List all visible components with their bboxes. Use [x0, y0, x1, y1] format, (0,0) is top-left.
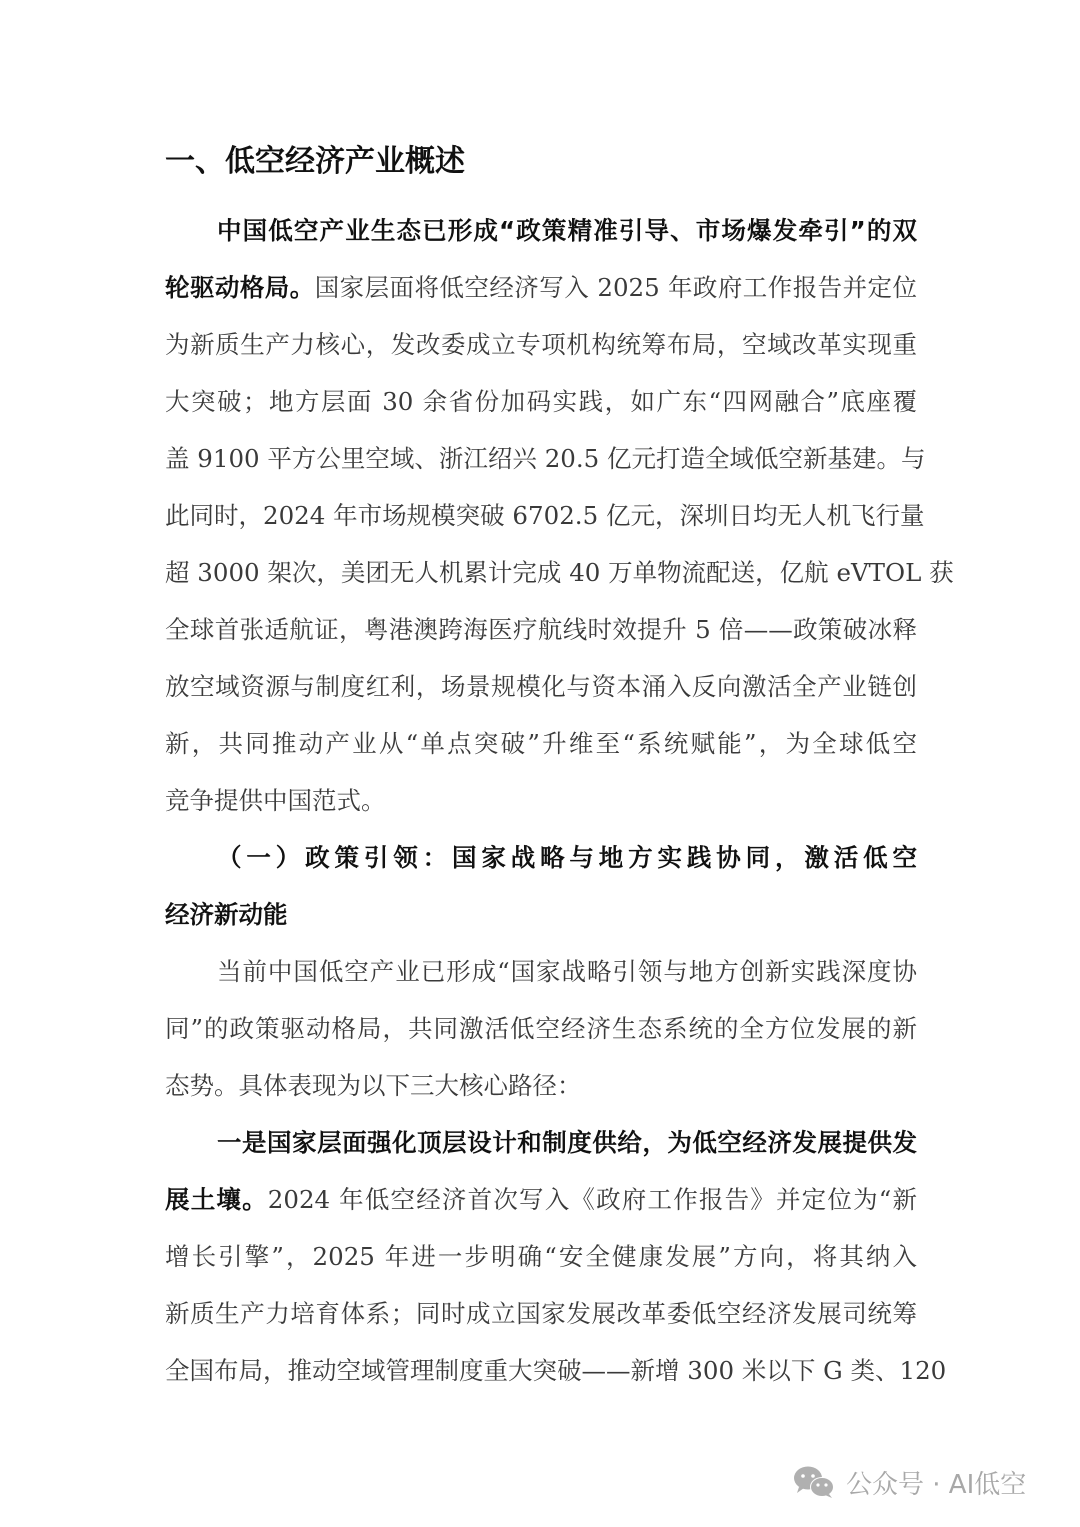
- bold-text: 轮驱动格局。: [165, 273, 315, 302]
- bold-text: 一是国家层面强化顶层设计和制度供给，为低空经济发展提供发: [217, 1128, 917, 1157]
- text-line: 竞争提供中国范式。: [165, 772, 917, 829]
- text-line: 放空域资源与制度红利，场景规模化与资本涌入反向激活全产业链创: [165, 658, 917, 715]
- text-line: 同”的政策驱动格局，共同激活低空经济生态系统的全方位发展的新: [165, 1000, 917, 1057]
- body-text: 新质生产力培育体系；同时成立国家发展改革委低空经济发展司统筹: [165, 1299, 917, 1328]
- document-content: 一、低空经济产业概述 中国低空产业生态已形成“政策精准引导、市场爆发牵引”的双 …: [165, 136, 917, 1399]
- text-line: 态势。具体表现为以下三大核心路径：: [165, 1057, 917, 1114]
- text-line: 全球首张适航证，粤港澳跨海医疗航线时效提升 5 倍——政策破冰释: [165, 601, 917, 658]
- text-line: 全国布局，推动空域管理制度重大突破——新增 300 米以下 G 类、120: [165, 1342, 917, 1399]
- bold-text: 中国低空产业生态已形成“政策精准引导、市场爆发牵引”的双: [217, 216, 917, 245]
- body-text: 盖 9100 平方公里空域、浙江绍兴 20.5 亿元打造全域低空新基建。与: [165, 444, 926, 473]
- body-text: 此同时，2024 年市场规模突破 6702.5 亿元，深圳日均无人机飞行量: [165, 501, 924, 530]
- bold-text: 展土壤。: [165, 1185, 268, 1214]
- text-line: 当前中国低空产业已形成“国家战略引领与地方创新实践深度协: [165, 943, 917, 1000]
- text-line: 一是国家层面强化顶层设计和制度供给，为低空经济发展提供发: [165, 1114, 917, 1171]
- text-line: 盖 9100 平方公里空域、浙江绍兴 20.5 亿元打造全域低空新基建。与: [165, 430, 917, 487]
- body-text: 全球首张适航证，粤港澳跨海医疗航线时效提升 5 倍——政策破冰释: [165, 615, 917, 644]
- wechat-watermark: 公众号 · AI低空: [792, 1462, 1026, 1502]
- text-line: 超 3000 架次，美团无人机累计完成 40 万单物流配送，亿航 eVTOL 获: [165, 544, 917, 601]
- subheading-line: （一）政策引领：国家战略与地方实践协同，激活低空: [165, 829, 917, 886]
- text-line: 增长引擎”，2025 年进一步明确“安全健康发展”方向，将其纳入: [165, 1228, 917, 1285]
- subheading-line: 经济新动能: [165, 886, 917, 943]
- text-line: 此同时，2024 年市场规模突破 6702.5 亿元，深圳日均无人机飞行量: [165, 487, 917, 544]
- text-line: 大突破；地方层面 30 余省份加码实践，如广东“四网融合”底座覆: [165, 373, 917, 430]
- paragraph-national-level: 一是国家层面强化顶层设计和制度供给，为低空经济发展提供发 展土壤。2024 年低…: [165, 1114, 917, 1399]
- subheading-policy: （一）政策引领：国家战略与地方实践协同，激活低空 经济新动能: [165, 829, 917, 943]
- body-text: 国家层面将低空经济写入 2025 年政府工作报告并定位: [315, 273, 917, 302]
- text-line: 轮驱动格局。国家层面将低空经济写入 2025 年政府工作报告并定位: [165, 259, 917, 316]
- text-line: 展土壤。2024 年低空经济首次写入《政府工作报告》并定位为“新: [165, 1171, 917, 1228]
- body-text: 增长引擎”，2025 年进一步明确“安全健康发展”方向，将其纳入: [165, 1242, 917, 1271]
- body-text: 新，共同推动产业从“单点突破”升维至“系统赋能”，为全球低空: [165, 729, 917, 758]
- text-line: 中国低空产业生态已形成“政策精准引导、市场爆发牵引”的双: [165, 202, 917, 259]
- text-line: 新质生产力培育体系；同时成立国家发展改革委低空经济发展司统筹: [165, 1285, 917, 1342]
- body-text: 竞争提供中国范式。: [165, 786, 386, 815]
- body-text: 为新质生产力核心，发改委成立专项机构统筹布局，空域改革实现重: [165, 330, 917, 359]
- paragraph-overview: 中国低空产业生态已形成“政策精准引导、市场爆发牵引”的双 轮驱动格局。国家层面将…: [165, 202, 917, 829]
- text-line: 为新质生产力核心，发改委成立专项机构统筹布局，空域改革实现重: [165, 316, 917, 373]
- document-page: 一、低空经济产业概述 中国低空产业生态已形成“政策精准引导、市场爆发牵引”的双 …: [0, 0, 1080, 1527]
- body-text: 大突破；地方层面 30 余省份加码实践，如广东“四网融合”底座覆: [165, 387, 917, 416]
- body-text: 放空域资源与制度红利，场景规模化与资本涌入反向激活全产业链创: [165, 672, 917, 701]
- text-line: 新，共同推动产业从“单点突破”升维至“系统赋能”，为全球低空: [165, 715, 917, 772]
- section-heading: 一、低空经济产业概述: [165, 136, 917, 188]
- body-text: 全国布局，推动空域管理制度重大突破——新增 300 米以下 G 类、120: [165, 1356, 946, 1385]
- wechat-icon: [792, 1465, 836, 1499]
- watermark-label: 公众号 · AI低空: [846, 1464, 1026, 1501]
- paragraph-policy-intro: 当前中国低空产业已形成“国家战略引领与地方创新实践深度协 同”的政策驱动格局，共…: [165, 943, 917, 1114]
- body-text: 2024 年低空经济首次写入《政府工作报告》并定位为“新: [268, 1185, 917, 1214]
- body-text: 超 3000 架次，美团无人机累计完成 40 万单物流配送，亿航 eVTOL 获: [165, 558, 954, 587]
